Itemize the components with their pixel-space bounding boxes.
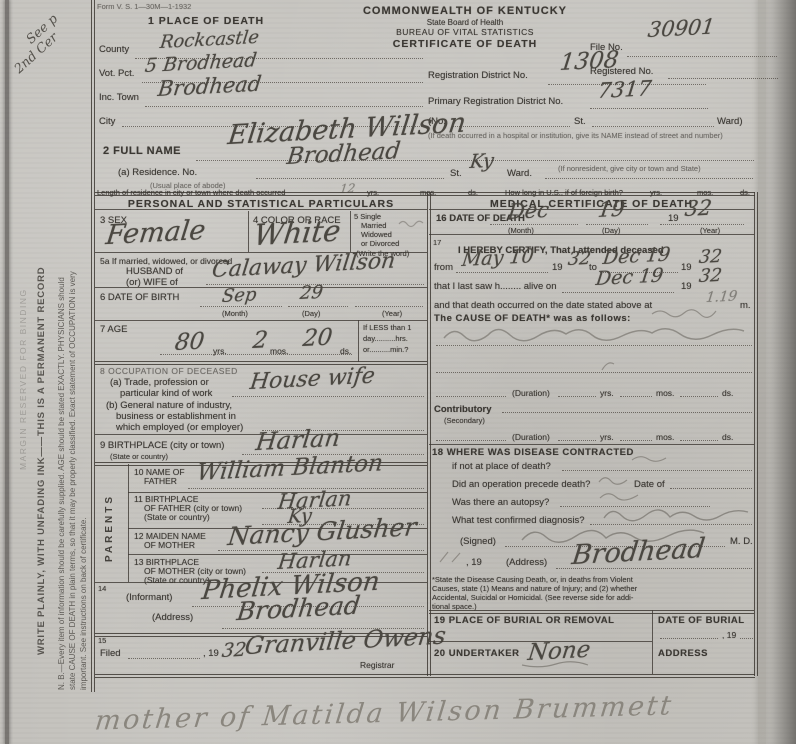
length-mos-label: mos. xyxy=(420,188,436,197)
street-label: St. xyxy=(574,116,586,127)
illegible-handwriting xyxy=(650,306,720,318)
occupation-b-line1: (b) General nature of industry, xyxy=(106,400,232,411)
margin-write-plainly-note: WRITE PLAINLY, WITH UNFADING INK——THIS I… xyxy=(36,267,47,655)
dod-month-line xyxy=(490,224,578,225)
duration1-ds-line xyxy=(680,396,718,397)
md-label: M. D. xyxy=(730,536,753,547)
dob-month-line xyxy=(200,306,282,307)
length-residence-value: 12 xyxy=(339,181,356,196)
duration2-label: (Duration) xyxy=(512,432,550,442)
footnote-line2: Causes, state (1) Means and nature of In… xyxy=(432,584,637,593)
sex-color-divider xyxy=(248,211,249,252)
contributory-line xyxy=(502,412,752,413)
illegible-handwriting xyxy=(398,218,426,228)
residence-st-label: St. xyxy=(450,168,462,179)
age-label: 7 AGE xyxy=(100,324,127,335)
dob-day-value: 29 xyxy=(299,282,324,304)
filed-number: 15 xyxy=(98,636,106,645)
illegible-mark xyxy=(598,488,642,502)
signed-year-printed: , 19 xyxy=(466,557,482,568)
duration2-mos-line xyxy=(620,440,652,441)
foreign-yrs-label: yrs. xyxy=(650,188,662,197)
inc-town-value: Brodhead xyxy=(157,71,263,101)
form-right-rule xyxy=(754,192,758,676)
occupation-a-line1: (a) Trade, profession or xyxy=(110,377,209,388)
primary-registration-line xyxy=(590,108,708,109)
residence-value: Brodhead xyxy=(285,138,401,170)
vot-pct-label: Vot. Pct. xyxy=(99,68,134,79)
less-than-line2: day..........hrs. xyxy=(363,334,408,343)
length-yrs-label: yrs. xyxy=(367,188,379,197)
dob-month-caption: (Month) xyxy=(222,309,248,318)
residence-ward-line xyxy=(545,178,753,179)
full-name-label: 2 FULL NAME xyxy=(103,145,181,157)
illegible-mark xyxy=(436,550,466,566)
father-bp-line1 xyxy=(262,508,424,509)
dob-month-value: Sep xyxy=(221,284,258,307)
signed-address-label: (Address) xyxy=(506,557,547,568)
age-years-value: 80 xyxy=(173,328,205,356)
dob-row-bottom-line xyxy=(95,320,427,321)
margin-nb-note-3: important. See instructions on back of c… xyxy=(79,517,88,690)
date-of-death-year-printed: 19 xyxy=(668,213,679,224)
duration1-ds: ds. xyxy=(722,388,733,398)
parents-label: PARENTS xyxy=(104,494,115,562)
illegible-diagnosis-handwriting xyxy=(602,504,752,524)
residence-st-value: Ky xyxy=(469,150,495,173)
father-name-value: William Blanton xyxy=(195,450,384,486)
occupation-label: 8 OCCUPATION OF DECEASED xyxy=(100,366,238,376)
mother-name-value: Nancy Glusher xyxy=(226,512,418,551)
inc-town-line xyxy=(145,106,423,107)
if-not-label: if not at place of death? xyxy=(452,461,551,472)
registration-district-value: 1308 xyxy=(558,47,620,76)
burial-top-rule xyxy=(429,610,754,614)
dob-year-line xyxy=(355,306,423,307)
dob-year-caption: (Year) xyxy=(382,309,402,318)
undertaker-address-label: ADDRESS xyxy=(658,648,708,659)
street-no-line xyxy=(452,126,570,127)
signed-label: (Signed) xyxy=(460,536,496,547)
occupation-b-line2: business or establishment in xyxy=(116,411,236,422)
father-name-label2: FATHER xyxy=(144,476,177,486)
age-days-value: 20 xyxy=(301,324,333,352)
certify-number: 17 xyxy=(433,238,441,247)
color-race-value: White xyxy=(252,213,343,252)
father-name-bottom-line xyxy=(128,492,427,493)
mother-bp-label3: (State or country) xyxy=(144,575,210,585)
attended-from-value: May 10 xyxy=(461,245,535,271)
form-left-rule xyxy=(91,0,95,692)
to-year-printed: 19 xyxy=(681,262,692,273)
birthplace-value: Harlan xyxy=(254,423,342,456)
age-months-value: 2 xyxy=(251,327,269,354)
marital-option-widowed: Widowed xyxy=(361,230,392,239)
duration2-yrs: yrs. xyxy=(600,432,614,442)
foreign-birth-label: How long in U.S., if of foreign birth? xyxy=(505,188,623,197)
dod-row-bottom-line xyxy=(429,234,754,235)
residence-ward-label: Ward. xyxy=(507,168,532,179)
burial-date-label: DATE OF BURIAL xyxy=(658,615,745,626)
primary-registration-value: 7317 xyxy=(597,76,653,103)
illegible-mark xyxy=(598,358,618,372)
burial-divider xyxy=(652,610,653,674)
signed-address-value: Brodhead xyxy=(570,533,707,571)
place-of-death-heading: 1 PLACE OF DEATH xyxy=(148,15,264,27)
attended-to-label: to xyxy=(589,262,597,273)
duration1-label: (Duration) xyxy=(512,388,550,398)
registrar-label: Registrar xyxy=(360,660,394,670)
registration-district-label: Registration District No. xyxy=(428,70,528,81)
city-label: City xyxy=(99,116,115,127)
form-bottom-rule xyxy=(95,674,755,678)
death-certificate-scan: See p 2nd Cer MARGIN RESERVED FOR BINDIN… xyxy=(0,0,796,744)
secondary-label: (Secondary) xyxy=(444,416,485,425)
duration2-ds: ds. xyxy=(722,432,733,442)
length-residence-label: Length of residence in city or town wher… xyxy=(97,188,285,197)
informant-address-label: (Address) xyxy=(152,612,193,623)
dod-day-line xyxy=(586,224,648,225)
duration1-lead-line xyxy=(436,396,506,397)
if-not-line xyxy=(562,470,752,471)
scan-left-edge xyxy=(5,0,9,744)
cause-line1 xyxy=(436,345,752,346)
illegible-mark xyxy=(597,472,631,486)
duration1-mos-line xyxy=(620,396,652,397)
margin-nb-note-2: state CAUSE OF DEATH in plain terms, so … xyxy=(68,271,77,690)
death-occurred-label: and that death occurred on the date stat… xyxy=(434,300,652,311)
column-divider xyxy=(427,192,431,676)
primary-registration-label: Primary Registration District No. xyxy=(428,96,563,107)
state-board-subtitle: State Board of Health xyxy=(300,18,630,27)
autopsy-label: Was there an autopsy? xyxy=(452,497,549,508)
undertaker-label: 20 UNDERTAKER xyxy=(434,648,520,659)
duration2-mos: mos. xyxy=(656,432,674,442)
birthplace-state-note: (State or country) xyxy=(110,452,168,461)
cause-line2 xyxy=(436,372,752,373)
personal-section-title: PERSONAL AND STATISTICAL PARTICULARS xyxy=(95,198,427,210)
registered-no-line xyxy=(668,78,778,79)
filed-label: Filed xyxy=(100,648,121,659)
occupation-value: House wife xyxy=(248,363,376,395)
file-no-line xyxy=(627,56,777,57)
duration1-yrs-line xyxy=(558,396,596,397)
scan-streak xyxy=(758,0,766,744)
last-saw-year-value: 32 xyxy=(698,265,723,287)
last-saw-value: Dec 19 xyxy=(595,264,665,290)
death-time-value: 1.19 xyxy=(705,288,738,306)
date-of-death-day: 19 xyxy=(597,197,627,223)
attended-from-line xyxy=(456,272,548,273)
death-time-m-label: m. xyxy=(740,300,751,311)
husband-of-label: HUSBAND of xyxy=(126,266,183,277)
foreign-ds-label: ds. xyxy=(740,188,750,197)
burial-date-line xyxy=(660,638,718,639)
parents-inner-divider xyxy=(128,464,129,582)
mother-name-label2: OF MOTHER xyxy=(144,540,195,550)
inc-town-label: Inc. Town xyxy=(99,92,139,103)
last-saw-label: that I last saw h........ alive on xyxy=(434,281,557,292)
footnote-line1: *State the Disease Causing Death, or, in… xyxy=(432,575,633,584)
sex-value: Female xyxy=(104,215,207,251)
attended-from-label: from xyxy=(434,262,453,273)
occupation-a-line xyxy=(232,396,424,397)
date-of-death-month: Dec xyxy=(507,198,551,224)
county-label: County xyxy=(99,44,129,55)
informant-number: 14 xyxy=(98,584,106,593)
burial-place-label: 19 PLACE OF BURIAL OR REMOVAL xyxy=(434,615,614,626)
informant-address-value: Brodhead xyxy=(235,590,362,626)
commonwealth-title: COMMONWEALTH OF KENTUCKY xyxy=(300,5,630,17)
signed-address-line xyxy=(556,568,752,569)
filed-year-printed: , 19 xyxy=(203,648,219,659)
mother-name-bottom-line xyxy=(128,554,427,555)
age-line xyxy=(160,354,352,355)
informant-label: (Informant) xyxy=(126,592,172,603)
operation-date-line xyxy=(670,488,752,489)
less-than-line3: or..........min.? xyxy=(363,345,408,354)
nonresident-note: (If nonresident, give city or town and S… xyxy=(558,164,701,173)
age-subcell-divider xyxy=(358,320,359,362)
title-block: COMMONWEALTH OF KENTUCKY State Board of … xyxy=(300,5,630,50)
dob-label: 6 DATE OF BIRTH xyxy=(100,292,179,303)
from-year-printed: 19 xyxy=(552,262,563,273)
duration1-yrs: yrs. xyxy=(600,388,614,398)
occupation-b-line3: which employed (or employer) xyxy=(116,422,243,433)
father-bp-label3: (State or country) xyxy=(144,512,210,522)
hospital-note: (If death occurred in a hospital or inst… xyxy=(428,131,723,140)
date-of-death-year: 32 xyxy=(684,196,714,222)
burial-year-line xyxy=(740,638,753,639)
less-than-line1: If LESS than 1 xyxy=(363,323,411,332)
duration2-yrs-line xyxy=(558,440,596,441)
marital-option-divorced: or Divorced xyxy=(361,239,399,248)
dod-year-line xyxy=(660,224,744,225)
scan-right-edge xyxy=(766,0,796,744)
birthplace-label: 9 BIRTHPLACE (city or town) xyxy=(100,440,224,451)
file-no-value: 30901 xyxy=(647,14,717,42)
spouse-row-bottom-line xyxy=(95,287,427,288)
age-row-bottom-rule xyxy=(95,361,427,365)
bureau-subtitle: BUREAU OF VITAL STATISTICS xyxy=(300,27,630,37)
illegible-mark xyxy=(630,452,670,464)
last-saw-line xyxy=(562,292,674,293)
marital-option-married: Married xyxy=(361,221,386,230)
contributory-label: Contributory xyxy=(434,404,492,415)
color-marital-divider xyxy=(350,211,351,252)
where-contracted-label: 18 WHERE WAS DISEASE CONTRACTED xyxy=(432,447,634,458)
filed-line xyxy=(128,658,200,659)
undertaker-underline-flourish xyxy=(520,660,590,670)
street-line xyxy=(592,126,714,127)
margin-nb-note-1: N. B.—Every item of information should b… xyxy=(57,277,66,690)
ward-label: Ward) xyxy=(717,116,743,127)
dob-day-caption: (Day) xyxy=(302,309,320,318)
operation-label: Did an operation precede death? xyxy=(452,479,590,490)
where-row-top-line xyxy=(429,444,754,445)
burial-year-printed: , 19 xyxy=(722,630,736,640)
marital-option-single: 5 Single xyxy=(354,212,381,221)
margin-binding-note: MARGIN RESERVED FOR BINDING xyxy=(18,288,28,470)
residence-label: (a) Residence. No. xyxy=(118,167,197,178)
residence-line xyxy=(256,178,444,179)
last-saw-year-printed: 19 xyxy=(681,281,692,292)
occupation-a-line2: particular kind of work xyxy=(120,388,212,399)
duration2-ds-line xyxy=(680,440,718,441)
dob-day-line xyxy=(288,306,348,307)
spouse-value: Calaway Willson xyxy=(210,248,396,283)
form-number: Form V. S. 1—30M—1-1932 xyxy=(97,2,191,11)
duration2-lead-line xyxy=(436,440,506,441)
length-ds-label: ds. xyxy=(468,188,478,197)
illegible-cause-handwriting xyxy=(440,322,760,344)
footnote-line3: Accidental, Suicidal or Homicidal. (See … xyxy=(432,593,633,602)
bottom-annotation: mother of Matilda Wilson Brummett xyxy=(93,690,675,736)
duration1-mos: mos. xyxy=(656,388,674,398)
